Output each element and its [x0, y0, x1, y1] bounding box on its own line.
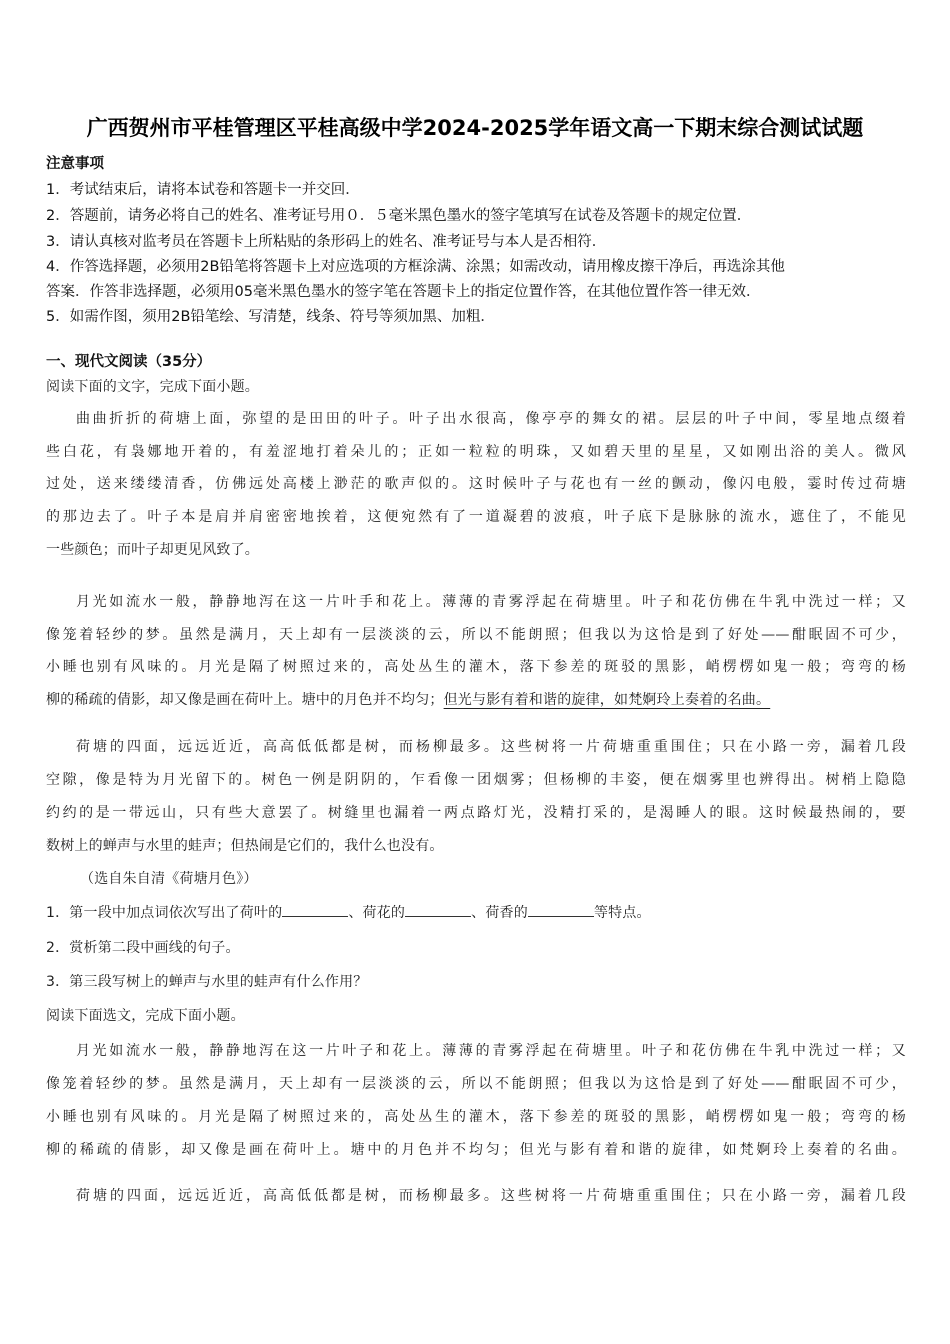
passage-line: 一些颜色；而叶子却更见风致了。 — [46, 539, 906, 559]
passage-line: 曲曲折折的荷塘上面，弥望的是田田的叶子。叶子出水很高，像亭亭的舞女的裙。层层的叶… — [76, 408, 906, 428]
passage-line: 小睡也别有风味的。月光是隔了树照过来的，高处丛生的灌木，落下参差的斑驳的黑影，峭… — [46, 656, 906, 676]
notice-item: 4．作答选择题，必须用2B铅笔将答题卡上对应选项的方框涂满、涂黑；如需改动，请用… — [46, 255, 785, 276]
passage-line: 像笼着轻纱的梦。虽然是满月，天上却有一层淡淡的云，所以不能朗照；但我以为这恰是到… — [46, 624, 906, 644]
notice-item: 3．请认真核对监考员在答题卡上所粘贴的条形码上的姓名、准考证号与本人是否相符． — [46, 230, 606, 251]
passage-source: （选自朱自清《荷塘月色》） — [80, 868, 940, 888]
passage-line: 月光如流水一般，静静地泻在这一片叶手和花上。薄薄的青雾浮起在荷塘里。叶子和花仿佛… — [76, 591, 906, 611]
passage-line: 空隙，像是特为月光留下的。树色一例是阴阴的，乍看像一团烟雾；但杨柳的丰姿，便在烟… — [46, 769, 906, 789]
question-2: 2．赏析第二段中画线的句子。 — [46, 937, 906, 957]
passage-line: 的那边去了。叶子本是肩并肩密密地挨着，这便宛然有了一道凝碧的波痕，叶子底下是脉脉… — [46, 506, 906, 526]
passage-line: 荷塘的四面，远远近近，高高低低都是树，而杨柳最多。这些树将一片荷塘重重围住；只在… — [76, 736, 906, 756]
reading-instruction: 阅读下面的文字，完成下面小题。 — [46, 376, 906, 396]
passage-line: 月光如流水一般，静静地泻在这一片叶子和花上。薄薄的青雾浮起在荷塘里。叶子和花仿佛… — [76, 1040, 906, 1060]
passage-line: 数树上的蝉声与水里的蛙声；但热闹是它们的，我什么也没有。 — [46, 835, 906, 855]
notice-item: 5．如需作图，须用2B铅笔绘、写清楚，线条、符号等须加黑、加粗． — [46, 305, 495, 326]
passage-line: 像笼着轻纱的梦。虽然是满月，天上却有一层淡淡的云，所以不能朗照；但我以为这恰是到… — [46, 1073, 906, 1093]
exam-page: 广西贺州市平桂管理区平桂高级中学2024-2025学年语文高一下期末综合测试试题… — [0, 0, 950, 1344]
answer-blank[interactable] — [405, 904, 471, 917]
page-title: 广西贺州市平桂管理区平桂高级中学2024-2025学年语文高一下期末综合测试试题 — [0, 112, 950, 142]
notice-item: 2．答题前，请务必将自己的姓名、准考证号用０．５毫米黑色墨水的签字笔填写在试卷及… — [46, 204, 751, 225]
section-heading: 一、现代文阅读（35分） — [46, 350, 211, 371]
question-text: 、荷花的 — [348, 905, 405, 921]
question-text: 等特点。 — [594, 905, 651, 921]
notice-heading: 注意事项 — [46, 152, 104, 173]
passage-line: 过处，送来缕缕清香，仿佛远处高楼上渺茫的歌声似的。这时候叶子与花也有一丝的颤动，… — [46, 473, 906, 493]
notice-item: 1．考试结束后，请将本试卷和答题卡一并交回． — [46, 178, 360, 199]
question-3: 3．第三段写树上的蝉声与水里的蛙声有什么作用？ — [46, 971, 906, 991]
answer-blank[interactable] — [528, 904, 594, 917]
notice-item: 答案．作答非选择题，必须用05毫米黑色墨水的签字笔在答题卡上的指定位置作答，在其… — [46, 280, 760, 301]
passage-line: 小睡也别有风味的。月光是隔了树照过来的，高处丛生的灌木，落下参差的斑驳的黑影，峭… — [46, 1106, 906, 1126]
question-text: 、荷香的 — [471, 905, 528, 921]
answer-blank[interactable] — [282, 904, 348, 917]
passage-line: 柳的稀疏的倩影，却又像是画在荷叶上。塘中的月色并不均匀；但光与影有着和谐的旋律，… — [46, 1139, 906, 1159]
passage-line: 荷塘的四面，远远近近，高高低低都是树，而杨柳最多。这些树将一片荷塘重重围住；只在… — [76, 1185, 906, 1205]
passage-text: 柳的稀疏的倩影，却又像是画在荷叶上。塘中的月色并不均匀； — [46, 692, 444, 708]
passage-line: 柳的稀疏的倩影，却又像是画在荷叶上。塘中的月色并不均匀；但光与影有着和谐的旋律，… — [46, 689, 906, 709]
passage-line: 约约的是一带远山，只有些大意罢了。树缝里也漏着一两点路灯光，没精打采的，是渴睡人… — [46, 802, 906, 822]
question-1: 1．第一段中加点词依次写出了荷叶的、荷花的、荷香的等特点。 — [46, 902, 906, 922]
reading-instruction: 阅读下面选文，完成下面小题。 — [46, 1005, 906, 1025]
underlined-sentence: 但光与影有着和谐的旋律，如梵婀玲上奏着的名曲。 — [444, 692, 771, 708]
passage-line: 些白花，有袅娜地开着的，有羞涩地打着朵儿的；正如一粒粒的明珠，又如碧天里的星星，… — [46, 441, 906, 461]
question-text: 1．第一段中加点词依次写出了荷叶的 — [46, 905, 282, 921]
